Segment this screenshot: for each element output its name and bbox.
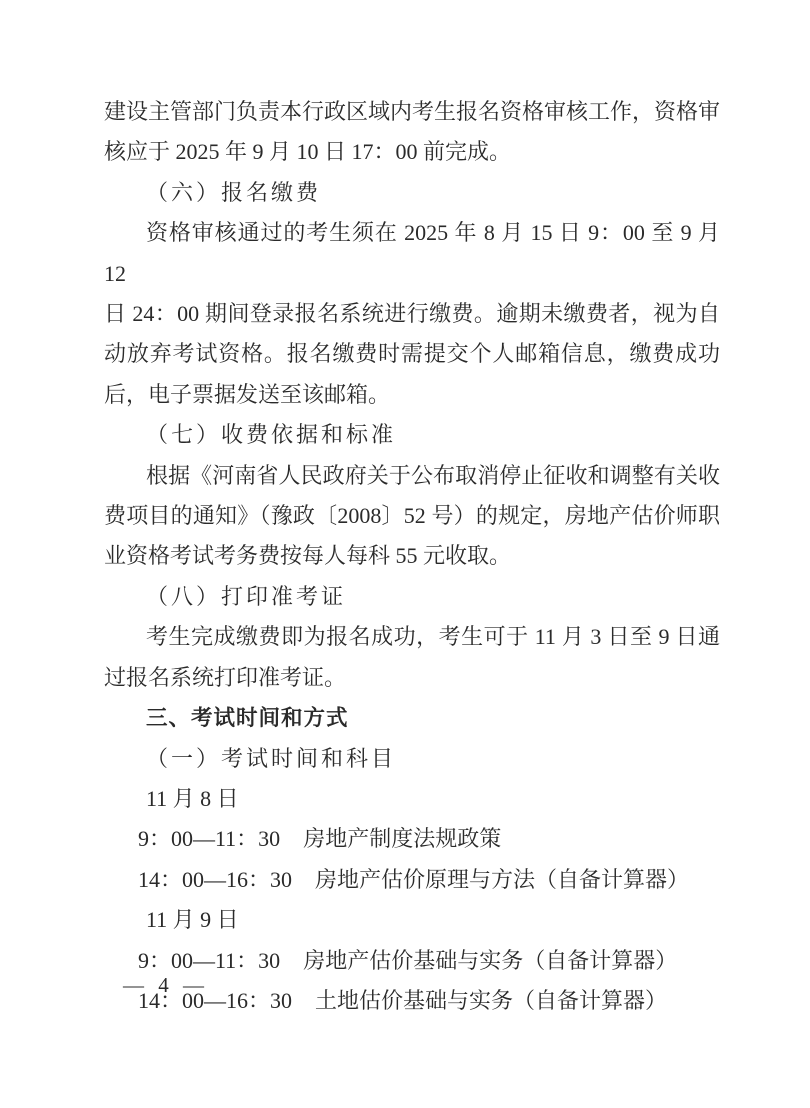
paragraph-line: 费项目的通知》（豫政〔2008〕52 号）的规定，房地产估价师职 <box>104 496 720 536</box>
document-page: 建设主管部门负责本行政区域内考生报名资格审核工作，资格审核应于 2025 年 9… <box>0 0 810 1108</box>
schedule-line: 14：00—16：30房地产估价原理与方法（自备计算器） <box>104 860 720 900</box>
paragraph-line: 建设主管部门负责本行政区域内考生报名资格审核工作，资格审 <box>104 92 720 132</box>
section-heading: （一）考试时间和科目 <box>104 739 720 779</box>
schedule-time: 9：00—11：30 <box>138 819 280 859</box>
section-heading: （六）报名缴费 <box>104 173 720 213</box>
section-heading: （八）打印准考证 <box>104 577 720 617</box>
paragraph-line: 资格审核通过的考生须在 2025 年 8 月 15 日 9：00 至 9 月 1… <box>104 213 720 294</box>
date-line: 11 月 8 日 <box>104 779 720 819</box>
section-heading: （七）收费依据和标准 <box>104 415 720 455</box>
chapter-heading: 三、考试时间和方式 <box>104 698 720 738</box>
schedule-subject: 房地产制度法规政策 <box>303 826 501 851</box>
schedule-subject: 房地产估价基础与实务（自备计算器） <box>303 948 677 973</box>
paragraph-line: 核应于 2025 年 9 月 10 日 17：00 前完成。 <box>104 132 720 172</box>
paragraph-line: 后，电子票据发送至该邮箱。 <box>104 375 720 415</box>
paragraph-line: 动放弃考试资格。报名缴费时需提交个人邮箱信息，缴费成功 <box>104 334 720 374</box>
paragraph-line: 过报名系统打印准考证。 <box>104 658 720 698</box>
paragraph-line: 业资格考试考务费按每人每科 55 元收取。 <box>104 536 720 576</box>
paragraph-line: 考生完成缴费即为报名成功，考生可于 11 月 3 日至 9 日通 <box>104 617 720 657</box>
schedule-subject: 土地估价基础与实务（自备计算器） <box>315 988 667 1013</box>
date-line: 11 月 9 日 <box>104 900 720 940</box>
paragraph-line: 根据《河南省人民政府关于公布取消停止征收和调整有关收 <box>104 456 720 496</box>
schedule-time: 14：00—16：30 <box>138 860 292 900</box>
document-lines: 建设主管部门负责本行政区域内考生报名资格审核工作，资格审核应于 2025 年 9… <box>104 92 720 1021</box>
page-number: — 4 — <box>123 965 204 1005</box>
schedule-subject: 房地产估价原理与方法（自备计算器） <box>315 867 689 892</box>
paragraph-line: 日 24：00 期间登录报名系统进行缴费。逾期未缴费者，视为自 <box>104 294 720 334</box>
schedule-line: 9：00—11：30房地产制度法规政策 <box>104 819 720 859</box>
